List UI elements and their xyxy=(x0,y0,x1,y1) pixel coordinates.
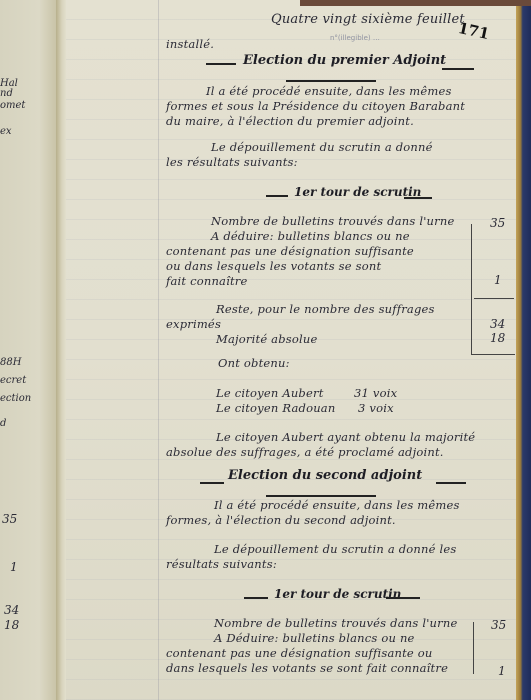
register-page: Quatre vingt sixième feuillet 171 n°(ill… xyxy=(66,0,516,700)
majorite-count: 18 xyxy=(490,331,505,345)
tally-line: contenant pas une désignation suffisante… xyxy=(166,646,433,660)
results-column-border xyxy=(471,224,472,354)
conclusion-line: Le citoyen Aubert ayant obtenu la majori… xyxy=(216,430,475,444)
section2-intro-line: formes, à l'élection du second adjoint. xyxy=(166,513,396,527)
results-subtotal-rule xyxy=(474,298,514,299)
majorite-line: Majorité absolue xyxy=(216,332,318,346)
section2-depouillement: Le dépouillement du scrutin a donné les xyxy=(214,542,456,556)
tour-rule-left xyxy=(266,195,288,197)
tally-line: Nombre de bulletins trouvés dans l'urne xyxy=(211,214,454,228)
page-number: 171 xyxy=(456,19,490,43)
section1-depouillement: Le dépouillement du scrutin a donné xyxy=(211,140,433,154)
section2-title: Election du second adjoint xyxy=(228,468,422,483)
candidate-name: Le citoyen Radouan xyxy=(216,401,335,415)
left-number: 1 xyxy=(10,560,18,574)
reste-line: exprimés xyxy=(166,317,221,331)
left-fragment: 88H xyxy=(0,357,21,368)
title-rule-left xyxy=(206,63,236,65)
archive-stamp: n°(illegible) … xyxy=(330,34,380,42)
left-fragment: ection xyxy=(0,393,31,404)
candidate-name: Le citoyen Aubert xyxy=(216,386,324,400)
tour-rule-left xyxy=(244,597,268,599)
tally-line: A Déduire: bulletins blancs ou ne xyxy=(214,631,415,645)
book-binding-edge xyxy=(516,0,531,700)
left-number: 34 xyxy=(4,603,19,617)
tally-line: A déduire: bulletins blancs ou ne xyxy=(211,229,410,243)
tally-line: dans lesquels les votants se sont fait c… xyxy=(166,661,448,675)
folio-header: Quatre vingt sixième feuillet xyxy=(271,12,465,27)
left-fragment: ex xyxy=(0,126,12,137)
bulletins-count: 35 xyxy=(491,618,506,632)
section1-depouillement: les résultats suivants: xyxy=(166,155,298,169)
ont-obtenu: Ont obtenu: xyxy=(218,356,290,370)
tally-line: fait connaître xyxy=(166,274,248,288)
section1-intro-line: Il a été procédé ensuite, dans les mêmes xyxy=(206,84,452,98)
section1-tour-title: 1er tour de scrutin xyxy=(294,185,421,199)
binding-gutter xyxy=(56,0,66,700)
reste-line: Reste, pour le nombre des suffrages xyxy=(216,302,435,316)
section1-intro-line: formes et sous la Présidence du citoyen … xyxy=(166,99,465,113)
tally-line: contenant pas une désignation suffisante xyxy=(166,244,414,258)
bulletins-count: 35 xyxy=(490,216,505,230)
first-line: installé. xyxy=(166,37,214,51)
page-top-shadow xyxy=(300,0,531,6)
section1-intro-line: du maire, à l'élection du premier adjoin… xyxy=(166,114,414,128)
title-underline xyxy=(266,495,376,497)
section1-title: Election du premier Adjoint xyxy=(243,53,446,68)
tour-rule-right xyxy=(386,597,420,599)
tally-line: ou dans lesquels les votants se sont xyxy=(166,259,381,273)
left-fragment: ecret xyxy=(0,375,26,386)
title-rule-right xyxy=(436,482,466,484)
left-fragment: Hal xyxy=(0,78,18,89)
results-bottom-rule xyxy=(471,354,515,355)
deduire-count: 1 xyxy=(498,664,506,678)
left-fragment: nd xyxy=(0,88,13,99)
left-number: 18 xyxy=(4,618,19,632)
archive-scan: nd Hal omet ex 88H ecret ection d 35 1 3… xyxy=(0,0,531,700)
title-rule-right xyxy=(442,68,474,70)
tour-rule-right xyxy=(404,197,432,199)
tally-line: Nombre de bulletins trouvés dans l'urne xyxy=(214,616,457,630)
left-fragment: d xyxy=(0,418,6,429)
deduire-count: 1 xyxy=(494,273,502,287)
section2-tour-title: 1er tour de scrutin xyxy=(274,587,401,601)
results-column-border xyxy=(473,622,474,674)
section2-intro-line: Il a été procédé ensuite, dans les mêmes xyxy=(214,498,460,512)
margin-line xyxy=(158,0,159,700)
conclusion-line: absolue des suffrages, a été proclamé ad… xyxy=(166,445,444,459)
candidate-votes: 3 voix xyxy=(358,401,394,415)
candidate-votes: 31 voix xyxy=(354,386,397,400)
left-number: 35 xyxy=(2,512,17,526)
left-fragment: omet xyxy=(0,100,25,111)
previous-page-edge: nd Hal omet ex 88H ecret ection d 35 1 3… xyxy=(0,0,58,700)
section2-depouillement: résultats suivants: xyxy=(166,557,277,571)
title-underline xyxy=(286,80,376,82)
exprimes-count: 34 xyxy=(490,317,505,331)
title-rule-left xyxy=(200,482,224,484)
